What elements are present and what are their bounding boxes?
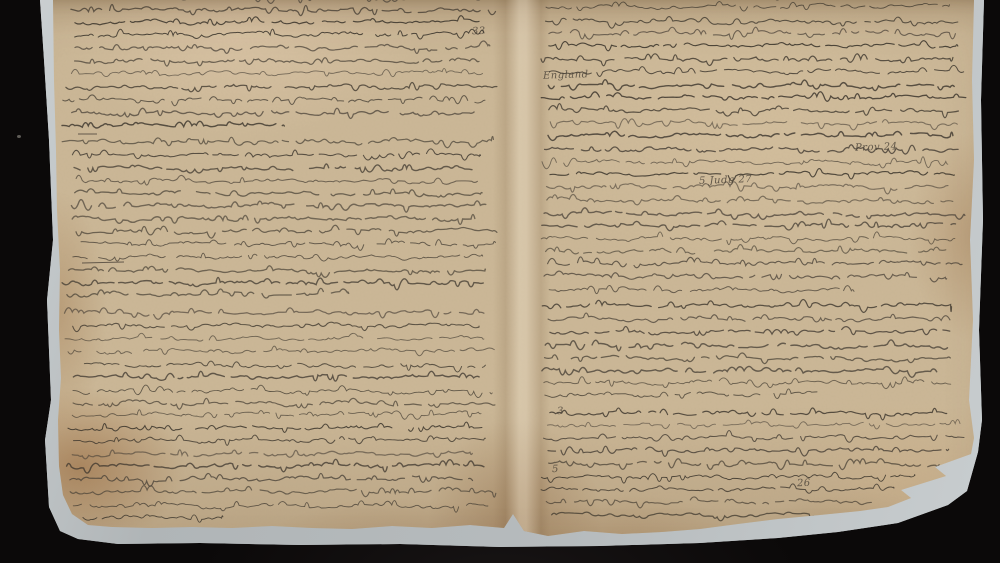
- dust-speck: [17, 135, 21, 138]
- legible-fragment: 26: [797, 479, 811, 489]
- legible-fragment: England: [543, 70, 589, 82]
- legible-fragment: 3: [557, 407, 564, 417]
- legible-fragment: 33: [472, 27, 486, 37]
- legible-fragment: Prov 24: [855, 142, 898, 153]
- legible-fragment: 5: [552, 465, 559, 475]
- photo-background: 33EnglandProv 245 Judg 273526: [0, 0, 1000, 563]
- handwriting-scribbles: [0, 0, 1000, 563]
- manuscript-page-spread: 33EnglandProv 245 Judg 273526: [0, 0, 1000, 563]
- legible-fragment: 5 Judg 27: [699, 175, 753, 187]
